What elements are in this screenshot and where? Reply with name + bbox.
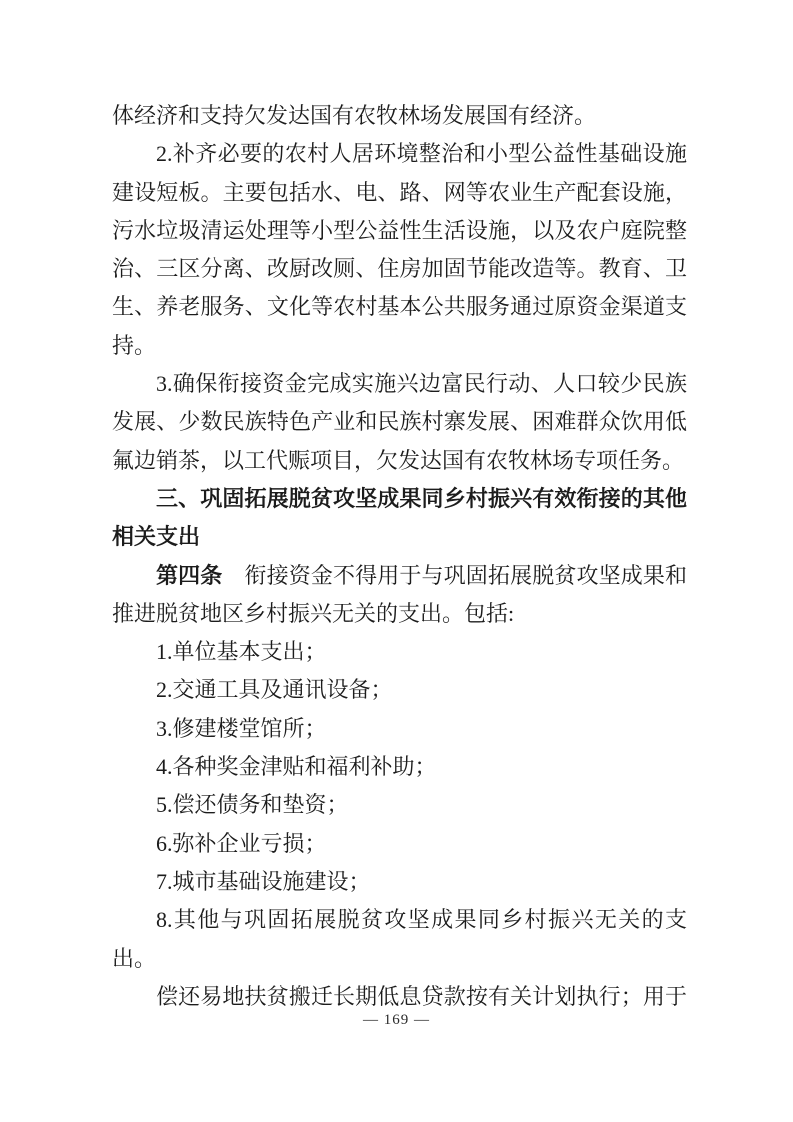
page-number: — 169 — <box>0 1012 793 1029</box>
text-line: 4.各种奖金津贴和福利补助； <box>112 748 687 786</box>
text-line: 相关支出 <box>112 518 687 556</box>
text-line: 氟边销茶，以工代赈项目，欠发达国有农牧林场专项任务。 <box>112 442 687 480</box>
text-line: 体经济和支持欠发达国有农牧林场发展国有经济。 <box>112 97 687 135</box>
text-line: 第四条 衔接资金不得用于与巩固拓展脱贫攻坚成果和 <box>112 557 687 595</box>
text-line: 建设短板。主要包括水、电、路、网等农业生产配套设施， <box>112 174 687 212</box>
text-line: 2.补齐必要的农村人居环境整治和小型公益性基础设施 <box>112 135 687 173</box>
text-line: 3.修建楼堂馆所； <box>112 710 687 748</box>
text-line: 2.交通工具及通讯设备； <box>112 671 687 709</box>
text-line: 生、养老服务、文化等农村基本公共服务通过原资金渠道支 <box>112 288 687 326</box>
text-line: 偿还易地扶贫搬迁长期低息贷款按有关计划执行；用于 <box>112 978 687 1016</box>
text-line: 1.单位基本支出； <box>112 633 687 671</box>
text-line: 5.偿还债务和垫资； <box>112 786 687 824</box>
text-line: 三、巩固拓展脱贫攻坚成果同乡村振兴有效衔接的其他 <box>112 480 687 518</box>
text-line: 发展、少数民族特色产业和民族村寨发展、困难群众饮用低 <box>112 403 687 441</box>
text-line: 8.其他与巩固拓展脱贫攻坚成果同乡村振兴无关的支 <box>112 901 687 939</box>
text-line: 3.确保衔接资金完成实施兴边富民行动、人口较少民族 <box>112 365 687 403</box>
text-line: 持。 <box>112 327 687 365</box>
text-line: 污水垃圾清运处理等小型公益性生活设施，以及农户庭院整 <box>112 212 687 250</box>
text-line: 治、三区分离、改厨改厕、住房加固节能改造等。教育、卫 <box>112 250 687 288</box>
text-line: 7.城市基础设施建设； <box>112 863 687 901</box>
text-line: 6.弥补企业亏损； <box>112 825 687 863</box>
text-line: 出。 <box>112 940 687 978</box>
document-body: 体经济和支持欠发达国有农牧林场发展国有经济。2.补齐必要的农村人居环境整治和小型… <box>112 97 687 1016</box>
document-page: 体经济和支持欠发达国有农牧林场发展国有经济。2.补齐必要的农村人居环境整治和小型… <box>0 0 793 1122</box>
article-number: 第四条 <box>156 563 222 588</box>
text-line: 推进脱贫地区乡村振兴无关的支出。包括: <box>112 595 687 633</box>
